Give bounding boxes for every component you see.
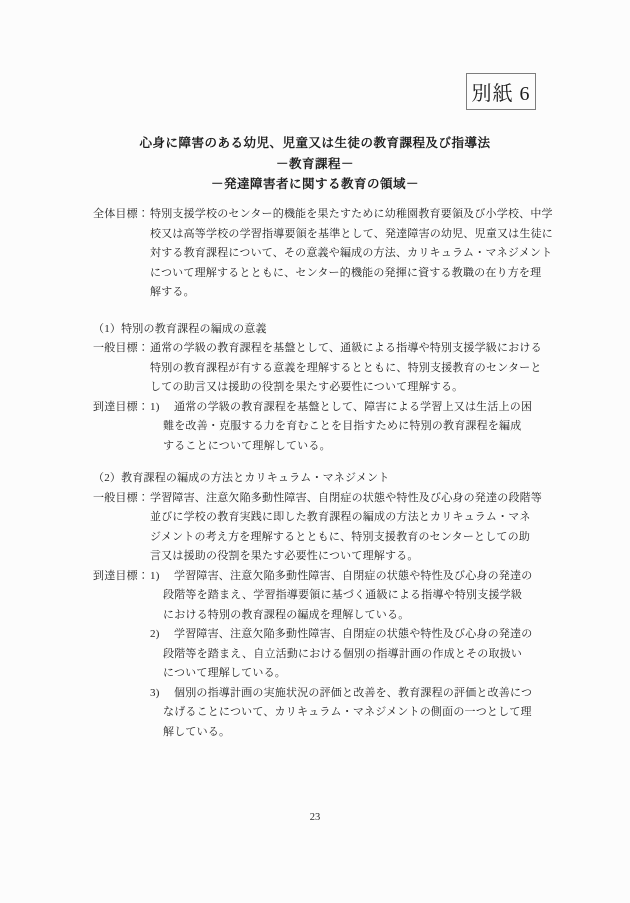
text-line: 解している。: [163, 723, 553, 743]
text-line: について理解するとともに、センター的機能の発揮に資する教職の在り方を理: [150, 264, 553, 284]
attachment-label-box: 別紙 6: [466, 73, 536, 110]
document-body: 全体目標： 特別支援学校のセンター的機能を果たすために幼稚園教育要領及び小学校、…: [93, 205, 553, 742]
text-line: 段階等を踏まえ、自立活動における個別の指導計画の作成とその取扱い: [163, 645, 553, 665]
document-page: 別紙 6 心身に障害のある幼児、児童又は生徒の教育課程及び指導法 －教育課程－ …: [0, 0, 630, 903]
attainment-item-2: 2) 学習障害、注意欠陥多動性障害、自閉症の状態や特性及び心身の発達の 段階等を…: [150, 625, 553, 684]
item-text: 学習障害、注意欠陥多動性障害、自閉症の状態や特性及び心身の発達の 段階等を踏まえ…: [163, 567, 553, 626]
text-line: 難を改善・克服する力を育むことを目指すために特別の教育課程を編成: [163, 417, 553, 437]
attainment-item-1: 1) 通常の学級の教育課程を基盤として、障害による学習上又は生活上の困 難を改善…: [150, 398, 553, 457]
general-goal-label: 一般目標：: [93, 489, 150, 509]
general-goal-text: 学習障害、注意欠陥多動性障害、自閉症の状態や特性及び心身の発達の段階等 並びに学…: [150, 489, 553, 567]
text-line: 対する教育課程について、その意義や編成の方法、カリキュラム・マネジメント: [150, 244, 553, 264]
overall-goal-paragraph: 全体目標： 特別支援学校のセンター的機能を果たすために幼稚園教育要領及び小学校、…: [93, 205, 553, 303]
text-line: なげることについて、カリキュラム・マネジメントの側面の一つとして理: [163, 703, 553, 723]
title-line-3: －発達障害者に関する教育の領域－: [0, 174, 630, 195]
section-1-attainment-goals: 到達目標： 1) 通常の学級の教育課程を基盤として、障害による学習上又は生活上の…: [93, 398, 553, 457]
text-line: ジメントの考え方を理解するとともに、特別支援教育のセンターとしての助: [150, 528, 553, 548]
text-line: 特別支援学校のセンター的機能を果たすために幼稚園教育要領及び小学校、中学: [150, 205, 553, 225]
item-number: 1): [150, 567, 163, 587]
text-line: について理解している。: [163, 664, 553, 684]
text-line: 校又は高等学校の学習指導要領を基準として、発達障害の幼児、児童又は生徒に: [150, 225, 553, 245]
item-number: 3): [150, 684, 163, 704]
text-line: 解する。: [150, 283, 553, 303]
attainment-items: 1) 通常の学級の教育課程を基盤として、障害による学習上又は生活上の困 難を改善…: [150, 398, 553, 457]
overall-goal-text: 特別支援学校のセンター的機能を果たすために幼稚園教育要領及び小学校、中学 校又は…: [150, 205, 553, 303]
text-line: 言又は援助の役割を果たす必要性について理解する。: [150, 547, 553, 567]
attainment-goal-label: 到達目標：: [93, 398, 150, 418]
text-line: しての助言又は援助の役割を果たす必要性について理解する。: [150, 378, 553, 398]
text-line: することについて理解している。: [163, 437, 553, 457]
title-line-2: －教育課程－: [0, 154, 630, 175]
text-line: 学習障害、注意欠陥多動性障害、自閉症の状態や特性及び心身の発達の段階等: [150, 489, 553, 509]
section-1-general-goal: 一般目標： 通常の学級の教育課程を基盤として、通級による指導や特別支援学級におけ…: [93, 339, 553, 398]
section-2-heading: （2）教育課程の編成の方法とカリキュラム・マネジメント: [93, 469, 553, 489]
text-line: 並びに学校の教育実践に即した教育課程の編成の方法とカリキュラム・マネ: [150, 508, 553, 528]
title-line-1: 心身に障害のある幼児、児童又は生徒の教育課程及び指導法: [0, 133, 630, 154]
document-title: 心身に障害のある幼児、児童又は生徒の教育課程及び指導法 －教育課程－ －発達障害…: [0, 133, 630, 195]
item-text: 学習障害、注意欠陥多動性障害、自閉症の状態や特性及び心身の発達の 段階等を踏まえ…: [163, 625, 553, 684]
attainment-item-3: 3) 個別の指導計画の実施状況の評価と改善を、教育課程の評価と改善につ なげるこ…: [150, 684, 553, 743]
text-line: 段階等を踏まえ、学習指導要領に基づく通級による指導や特別支援学級: [163, 586, 553, 606]
general-goal-label: 一般目標：: [93, 339, 150, 359]
text-line: 特別の教育課程が有する意義を理解するとともに、特別支援教育のセンターと: [150, 359, 553, 379]
item-number: 2): [150, 625, 163, 645]
item-text: 通常の学級の教育課程を基盤として、障害による学習上又は生活上の困 難を改善・克服…: [163, 398, 553, 457]
text-line: 学習障害、注意欠陥多動性障害、自閉症の状態や特性及び心身の発達の: [163, 625, 553, 645]
overall-goal-label: 全体目標：: [93, 205, 150, 225]
section-2-attainment-goals: 到達目標： 1) 学習障害、注意欠陥多動性障害、自閉症の状態や特性及び心身の発達…: [93, 567, 553, 743]
text-line: 通常の学級の教育課程を基盤として、通級による指導や特別支援学級における: [150, 339, 553, 359]
text-line: 通常の学級の教育課程を基盤として、障害による学習上又は生活上の困: [163, 398, 553, 418]
text-line: 学習障害、注意欠陥多動性障害、自閉症の状態や特性及び心身の発達の: [163, 567, 553, 587]
attainment-item-1: 1) 学習障害、注意欠陥多動性障害、自閉症の状態や特性及び心身の発達の 段階等を…: [150, 567, 553, 626]
text-line: 個別の指導計画の実施状況の評価と改善を、教育課程の評価と改善につ: [163, 684, 553, 704]
item-text: 個別の指導計画の実施状況の評価と改善を、教育課程の評価と改善につ なげることにつ…: [163, 684, 553, 743]
attachment-label: 別紙 6: [472, 77, 531, 106]
section-2-general-goal: 一般目標： 学習障害、注意欠陥多動性障害、自閉症の状態や特性及び心身の発達の段階…: [93, 489, 553, 567]
text-line: における特別の教育課程の編成を理解している。: [163, 606, 553, 626]
general-goal-text: 通常の学級の教育課程を基盤として、通級による指導や特別支援学級における 特別の教…: [150, 339, 553, 398]
attainment-goal-label: 到達目標：: [93, 567, 150, 587]
page-number: 23: [0, 812, 630, 823]
attainment-items: 1) 学習障害、注意欠陥多動性障害、自閉症の状態や特性及び心身の発達の 段階等を…: [150, 567, 553, 743]
section-1-heading: （1）特別の教育課程の編成の意義: [93, 320, 553, 340]
item-number: 1): [150, 398, 163, 418]
